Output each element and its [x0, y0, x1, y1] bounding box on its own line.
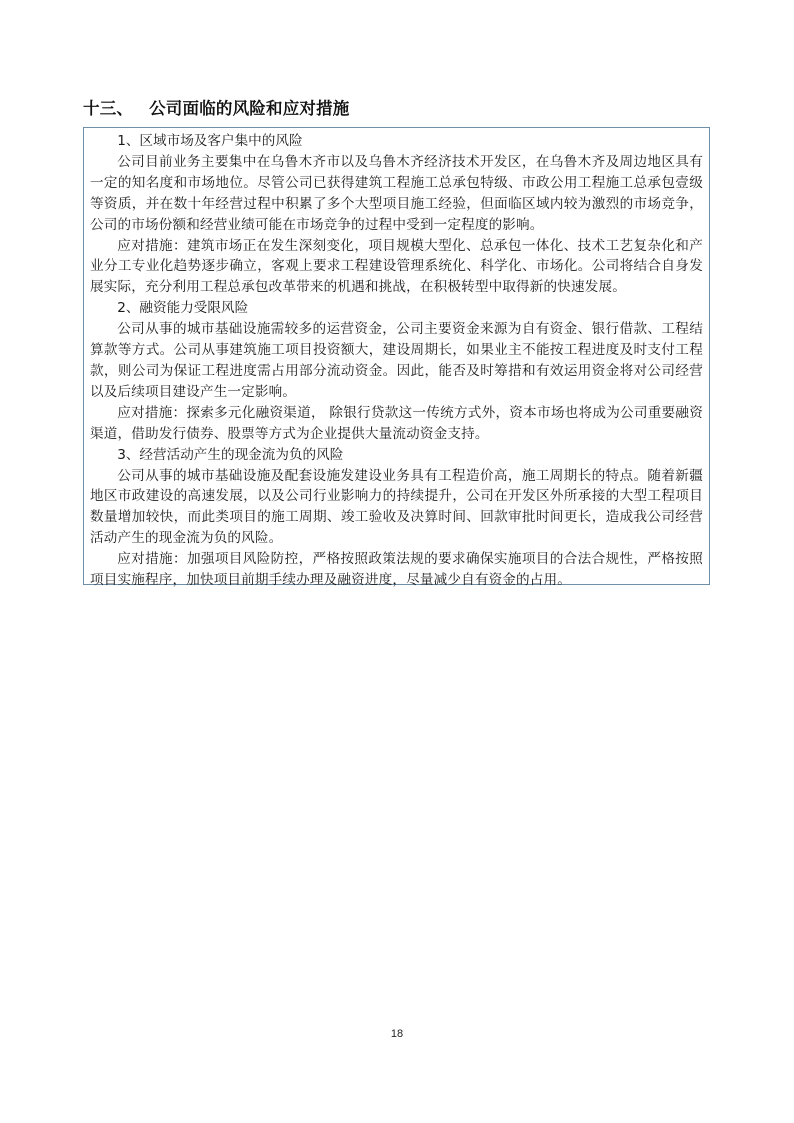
risk-countermeasure-3: 应对措施：加强项目风险防控，严格按照政策法规的要求确保实施项目的合法合规性，严格… [90, 549, 703, 591]
section-number: 十三、 [83, 99, 133, 118]
risk-description-3: 公司从事的城市基础设施及配套设施发建设业务具有工程造价高，施工周期长的特点。随着… [90, 466, 703, 550]
risk-description-2: 公司从事的城市基础设施需较多的运营资金，公司主要资金来源为自有资金、银行借款、工… [90, 319, 703, 403]
risk-description-1: 公司目前业务主要集中在乌鲁木齐市以及乌鲁木齐经济技术开发区，在乌鲁木齐及周边地区… [90, 152, 703, 236]
section-title: 十三、公司面临的风险和应对措施 [83, 95, 350, 119]
risk-heading-2: 2、融资能力受限风险 [90, 298, 703, 319]
risk-heading-3: 3、经营活动产生的现金流为负的风险 [90, 445, 703, 466]
section-title-text: 公司面临的风险和应对措施 [149, 99, 349, 118]
risk-heading-1: 1、区域市场及客户集中的风险 [90, 131, 703, 152]
page-number: 18 [0, 1028, 794, 1040]
risk-countermeasure-2: 应对措施：探索多元化融资渠道， 除银行贷款这一传统方式外，资本市场也将成为公司重… [90, 403, 703, 445]
risk-countermeasure-1: 应对措施：建筑市场正在发生深刻变化，项目规模大型化、总承包一体化、技术工艺复杂化… [90, 236, 703, 299]
risk-box: 1、区域市场及客户集中的风险 公司目前业务主要集中在乌鲁木齐市以及乌鲁木齐经济技… [83, 127, 710, 585]
